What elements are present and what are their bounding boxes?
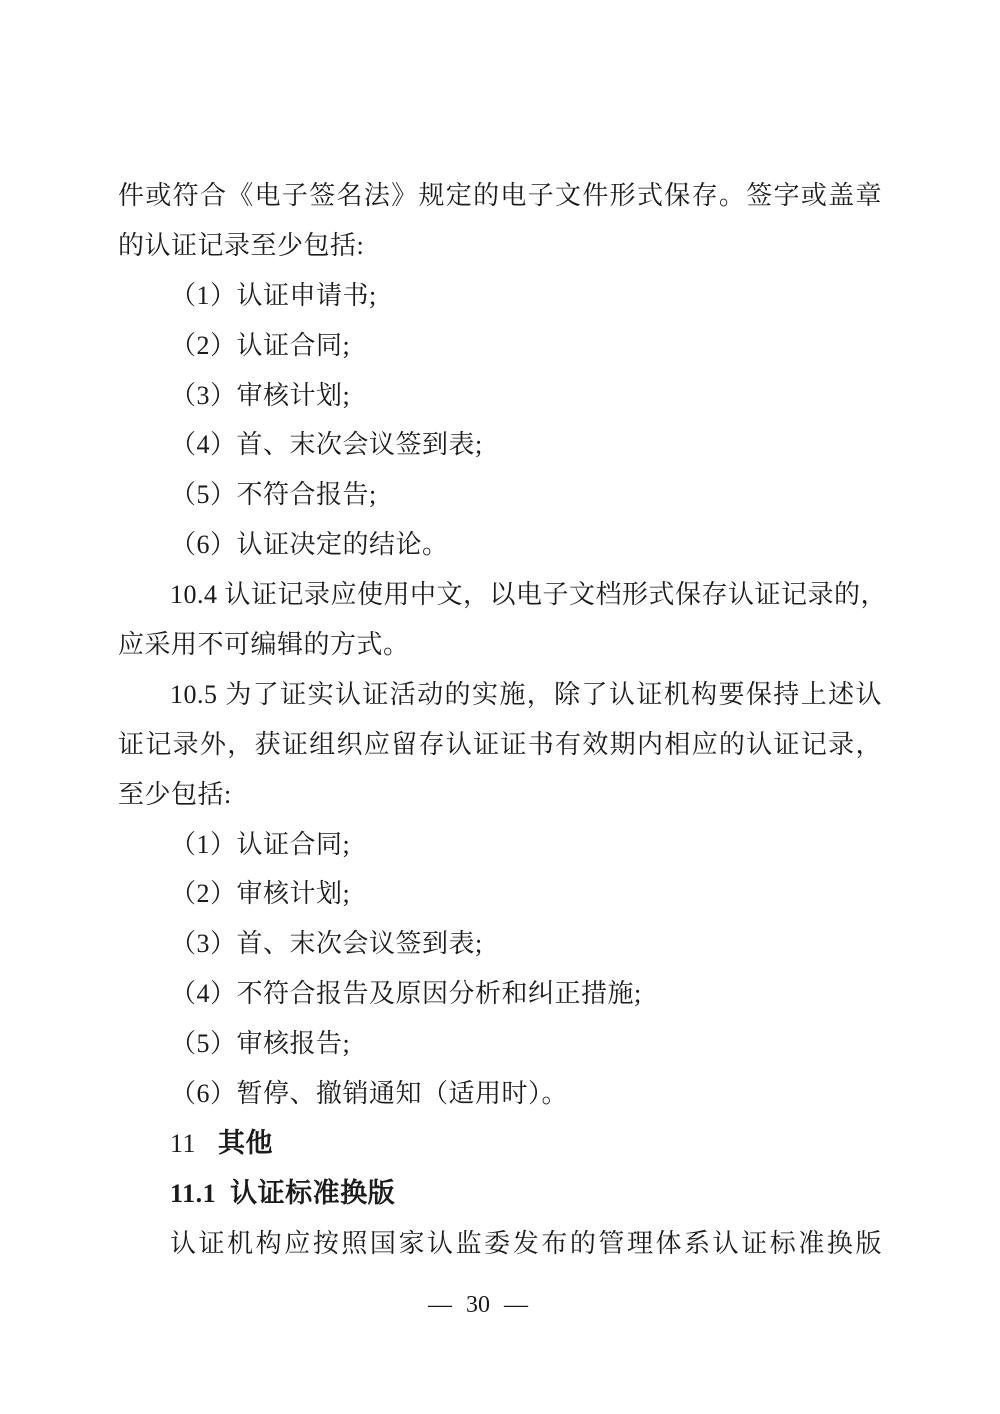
text-block: 件或符合《电子签名法》规定的电子文件形式保存。签字或盖章 的认证记录至少包括: …	[118, 171, 882, 1269]
paragraph-line: 应采用不可编辑的方式。	[118, 620, 882, 670]
paragraph-line: 证记录外，获证组织应留存认证证书有效期内相应的认证记录，	[118, 720, 882, 770]
list-item: （2）审核计划;	[118, 869, 882, 919]
list-item: （2）认证合同;	[118, 321, 882, 371]
paragraph-line: 至少包括:	[118, 770, 882, 820]
paragraph-line: 认证机构应按照国家认监委发布的管理体系认证标准换版	[118, 1219, 882, 1269]
page-footer: —30—	[0, 1292, 956, 1319]
paragraph-line: 件或符合《电子签名法》规定的电子文件形式保存。签字或盖章	[118, 171, 882, 221]
section-heading-other: 11其他	[118, 1119, 882, 1169]
paragraph-line: 10.4 认证记录应使用中文，以电子文档形式保存认证记录的，	[118, 570, 882, 620]
list-item: （6）认证决定的结论。	[118, 520, 882, 570]
list-item: （5）不符合报告;	[118, 470, 882, 520]
page-number: 30	[466, 1292, 490, 1318]
list-item: （3）首、末次会议签到表;	[118, 919, 882, 969]
list-item: （3）审核计划;	[118, 371, 882, 421]
list-item: （4）不符合报告及原因分析和纠正措施;	[118, 969, 882, 1019]
section-heading-standard: 11.1认证标准换版	[118, 1169, 882, 1219]
section-number: 11	[170, 1129, 196, 1158]
list-item: （4）首、末次会议签到表;	[118, 420, 882, 470]
paragraph-line: 10.5 为了证实认证活动的实施，除了认证机构要保持上述认	[118, 670, 882, 720]
document-page: 件或符合《电子签名法》规定的电子文件形式保存。签字或盖章 的认证记录至少包括: …	[0, 0, 1000, 1414]
section-title: 认证标准换版	[230, 1178, 395, 1208]
footer-dash-right: —	[504, 1292, 528, 1318]
section-number: 11.1	[170, 1179, 216, 1208]
list-item: （5）审核报告;	[118, 1019, 882, 1069]
paragraph-line: 的认证记录至少包括:	[118, 221, 882, 271]
footer-dash-left: —	[428, 1292, 452, 1318]
list-item: （6）暂停、撤销通知（适用时）。	[118, 1069, 882, 1119]
section-title: 其他	[218, 1128, 273, 1158]
list-item: （1）认证合同;	[118, 820, 882, 870]
list-item: （1）认证申请书;	[118, 271, 882, 321]
